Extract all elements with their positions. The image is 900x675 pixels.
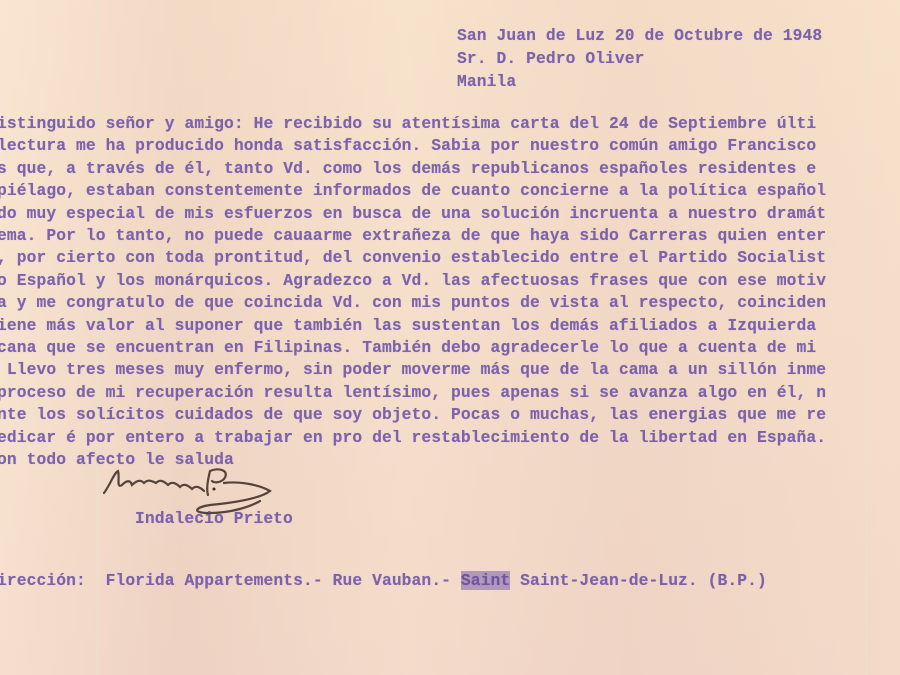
- body-line: piélago, estaban constentemente informad…: [0, 180, 900, 202]
- body-line: lectura me ha producido honda satisfacci…: [0, 135, 900, 157]
- letter-header: San Juan de Luz 20 de Octubre de 1948 Sr…: [457, 24, 822, 93]
- place-and-date: San Juan de Luz 20 de Octubre de 1948: [457, 24, 822, 47]
- sender-address: irección: Florida Appartements.- Rue Vau…: [0, 571, 767, 590]
- recipient-name: Sr. D. Pedro Oliver: [457, 47, 822, 70]
- body-line: Llevo tres meses muy enfermo, sin poder …: [0, 359, 900, 381]
- body-line: nte los solícitos cuidados de que soy ob…: [0, 404, 900, 426]
- letter-body: istinguido señor y amigo: He recibido su…: [0, 113, 900, 472]
- body-line: istinguido señor y amigo: He recibido su…: [0, 113, 900, 135]
- body-line: ema. Por lo tanto, no puede cauaarme ext…: [0, 225, 900, 247]
- body-line: iene más valor al suponer que también la…: [0, 315, 900, 337]
- address-suffix: Saint-Jean-de-Luz. (B.P.): [510, 571, 767, 590]
- signatory-name: Indalecio Prieto: [135, 509, 293, 528]
- recipient-city: Manila: [457, 70, 822, 93]
- struck-out-word: Saint: [461, 571, 510, 590]
- body-line: do muy especial de mis esfuerzos en busc…: [0, 203, 900, 225]
- body-line: proceso de mi recuperación resulta lentí…: [0, 382, 900, 404]
- address-prefix: irección: Florida Appartements.- Rue Vau…: [0, 571, 461, 590]
- body-line: o Español y los monárquicos. Agradezco a…: [0, 270, 900, 292]
- body-line: a y me congratulo de que coincida Vd. co…: [0, 292, 900, 314]
- body-line: edicar é por entero a trabajar en pro de…: [0, 427, 900, 449]
- body-line: cana que se encuentran en Filipinas. Tam…: [0, 337, 900, 359]
- body-line: s que, a través de él, tanto Vd. como lo…: [0, 158, 900, 180]
- body-line: , por cierto con toda prontitud, del con…: [0, 247, 900, 269]
